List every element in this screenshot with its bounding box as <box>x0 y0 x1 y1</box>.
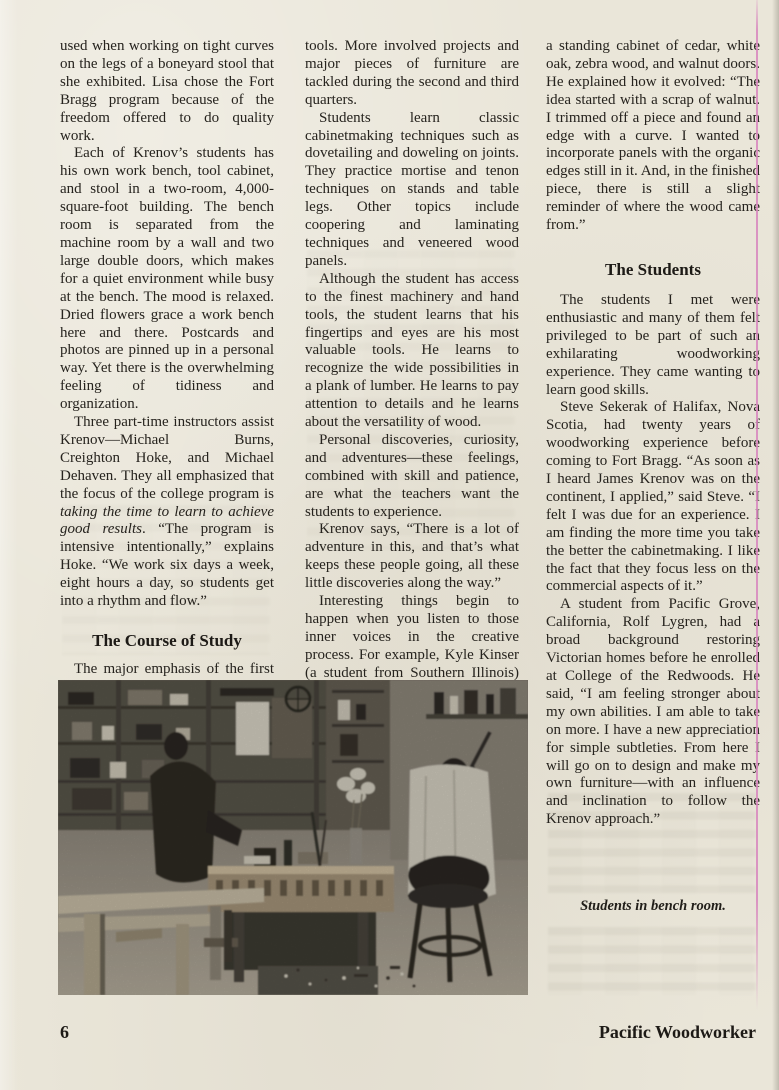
text-column-3: a standing cabinet of cedar, white oak, … <box>546 38 760 829</box>
section-heading-the-students: The Students <box>546 259 760 280</box>
paragraph: Personal discoveries, curiosity, and adv… <box>305 432 519 522</box>
bench-room-photo <box>58 680 528 995</box>
paragraph: The students I met were enthusiastic and… <box>546 292 760 399</box>
paragraph-text: Each of Krenov’s students has his own wo… <box>60 145 274 412</box>
section-heading-course-of-study: The Course of Study <box>60 630 274 651</box>
paragraph: A student from Pacific Grove, California… <box>546 596 760 829</box>
paragraph-text: The students I met were enthusiastic and… <box>546 292 760 398</box>
paragraph: Three part-time instructors assist Kreno… <box>60 414 274 611</box>
paragraph: Although the student has access to the f… <box>305 271 519 432</box>
paragraph: Steve Sekerak of Halifax, Nova Scotia, h… <box>546 399 760 596</box>
paragraph-text: Personal discoveries, curiosity, and adv… <box>305 432 519 520</box>
paragraph-text: Although the student has access to the f… <box>305 271 519 430</box>
bleed-through-text <box>548 927 756 995</box>
paragraph: Students learn classic cabinetmaking tec… <box>305 110 519 271</box>
paragraph-text: used when working on tight curves on the… <box>60 38 274 144</box>
paragraph-text: A student from Pacific Grove, California… <box>546 596 760 827</box>
page-number: 6 <box>60 1022 69 1043</box>
paragraph: Each of Krenov’s students has his own wo… <box>60 145 274 414</box>
photo-caption: Students in bench room. <box>546 898 760 915</box>
paragraph: used when working on tight curves on the… <box>60 38 274 145</box>
page-left-edge <box>0 0 18 1090</box>
paragraph-text: tools. More involved projects and major … <box>305 38 519 108</box>
pink-registration-line <box>756 0 758 1015</box>
paragraph-text: Krenov says, “There is a lot of adventur… <box>305 521 519 591</box>
paragraph-text: Students learn classic cabinetmaking tec… <box>305 110 519 269</box>
paragraph: a standing cabinet of cedar, white oak, … <box>546 38 760 235</box>
page-right-edge <box>772 0 779 1090</box>
paragraph: tools. More involved projects and major … <box>305 38 519 110</box>
text-column-1: used when working on tight curves on the… <box>60 38 274 733</box>
text-column-2: tools. More involved projects and major … <box>305 38 519 718</box>
paragraph-text: a standing cabinet of cedar, white oak, … <box>546 38 760 233</box>
magazine-page: used when working on tight curves on the… <box>0 0 779 1090</box>
paragraph: Krenov says, “There is a lot of adventur… <box>305 521 519 593</box>
publication-title: Pacific Woodworker <box>599 1022 756 1043</box>
paragraph-text: Steve Sekerak of Halifax, Nova Scotia, h… <box>546 399 760 594</box>
bench-room-photo-art <box>58 680 528 995</box>
paragraph-text: Three part-time instructors assist Kreno… <box>60 414 274 502</box>
